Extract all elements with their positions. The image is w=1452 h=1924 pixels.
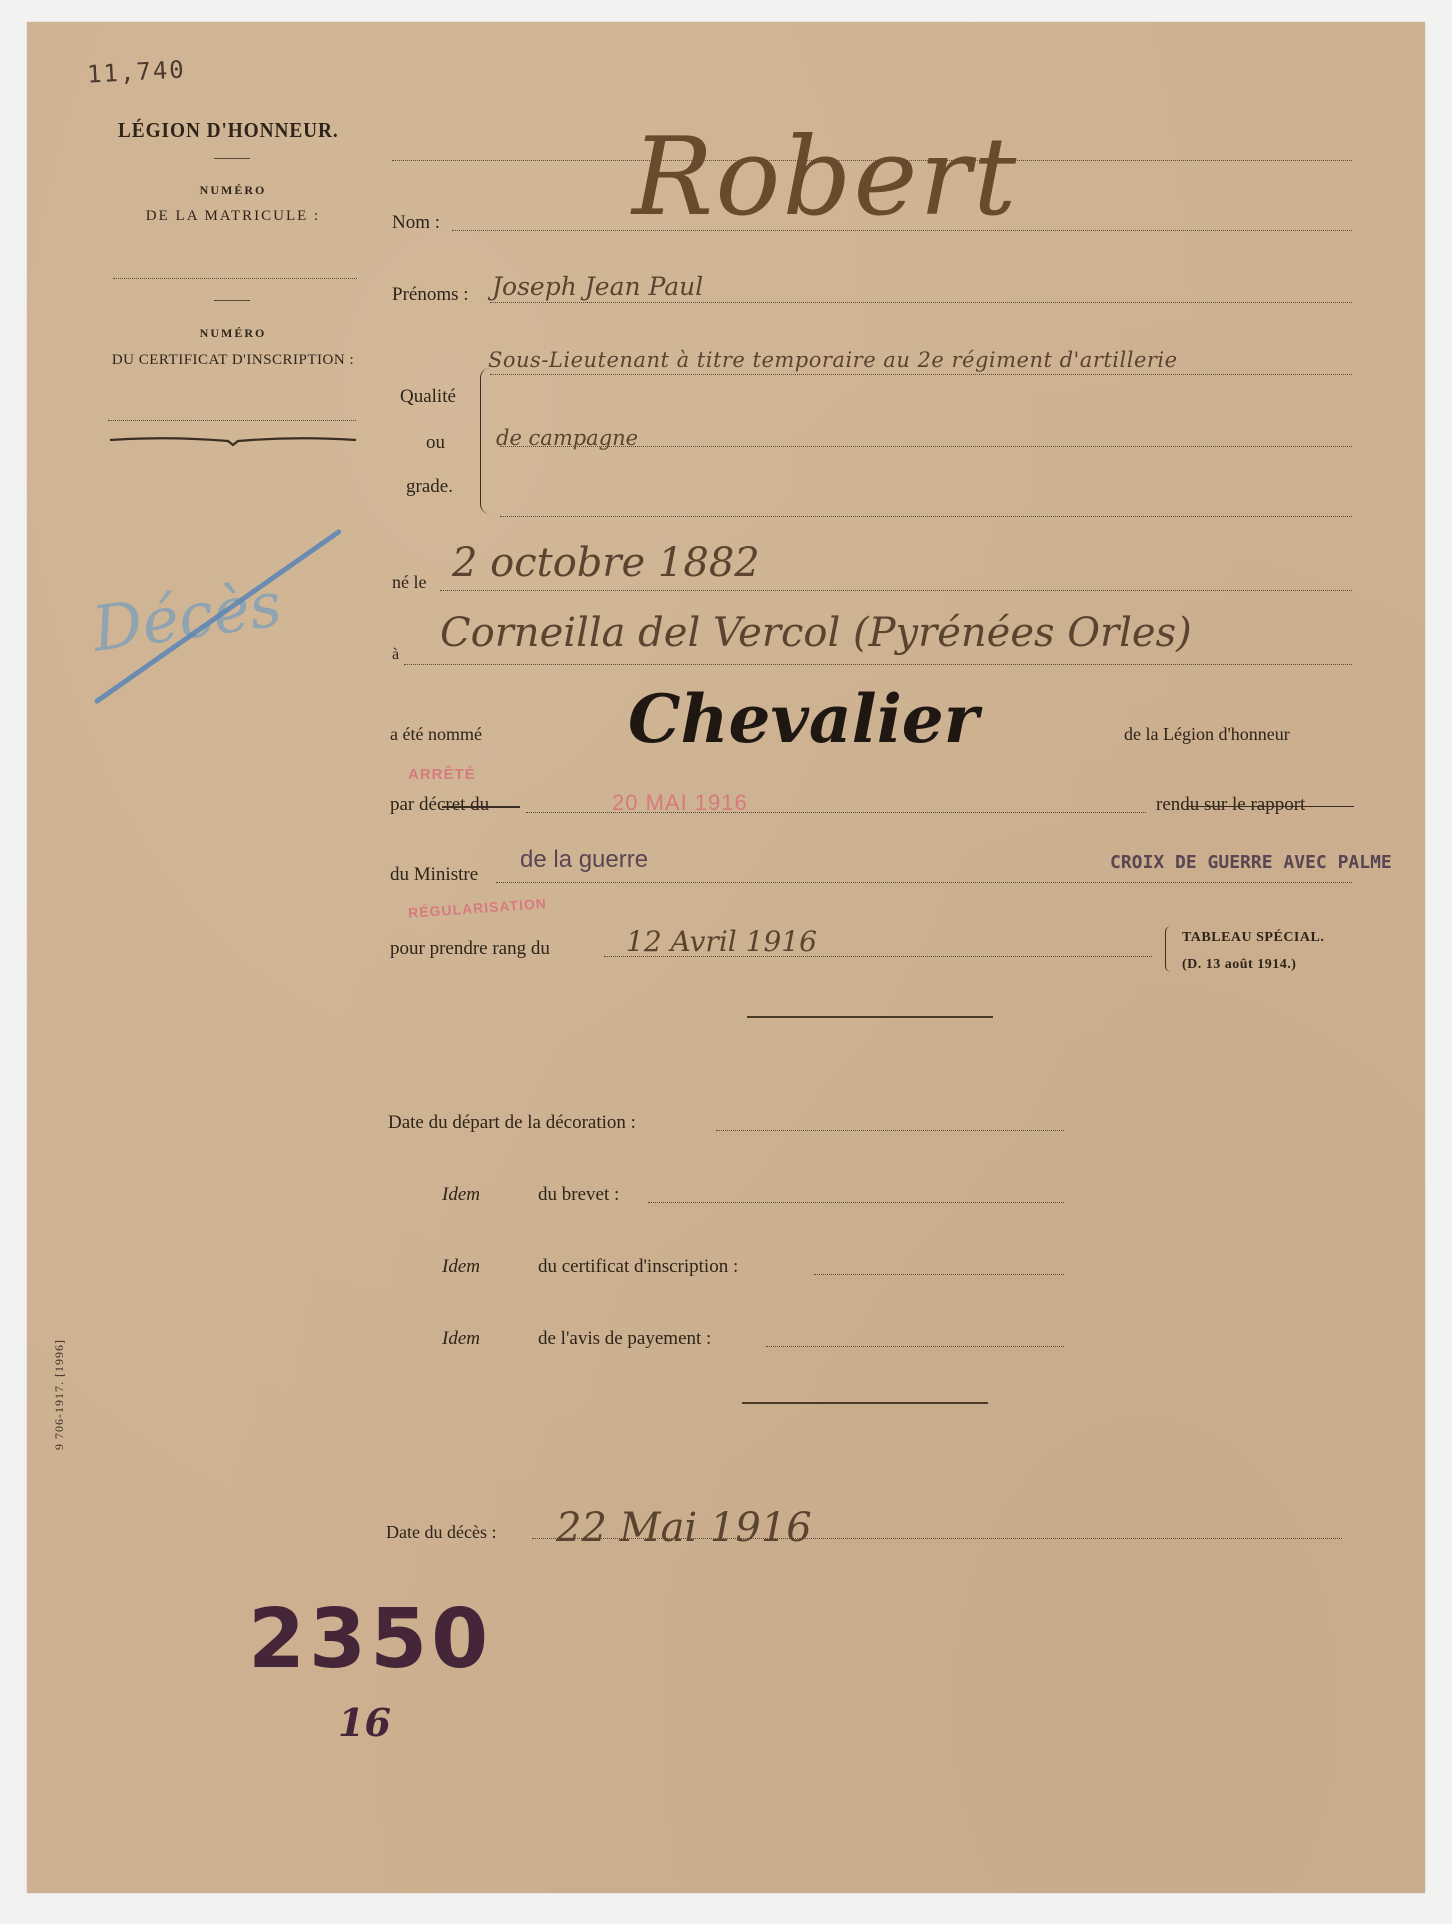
lieu-value[interactable]: Corneilla del Vercol (Pyrénées Orles) (440, 610, 1192, 656)
brevet-field[interactable] (648, 1202, 1064, 1203)
prenoms-value[interactable]: Joseph Jean Paul (492, 272, 703, 301)
tableau-brace (1165, 926, 1172, 972)
print-footer: 9 706-1917. [1996] (52, 1339, 67, 1450)
ne-le-field[interactable] (440, 590, 1352, 591)
stamp-decret-date: 20 MAI 1916 (612, 790, 748, 816)
idem-brevet: Idem (442, 1184, 480, 1206)
lieu-label: à (392, 646, 399, 664)
matricule-label: DE LA MATRICULE : (113, 208, 353, 225)
certificat-field[interactable] (108, 420, 356, 421)
ministre-field[interactable] (496, 882, 1352, 883)
decret-label: par décret du (390, 794, 489, 816)
avis-payement-field[interactable] (766, 1346, 1064, 1347)
ne-le-label: né le (392, 572, 426, 593)
tableau-line1: TABLEAU SPÉCIAL. (1182, 924, 1324, 951)
tableau-line2: (D. 13 août 1914.) (1182, 951, 1324, 978)
ne-le-value[interactable]: 2 octobre 1882 (452, 540, 760, 586)
nom-label: Nom : (392, 212, 440, 234)
grade-label: grade. (406, 476, 453, 498)
nom-field[interactable] (452, 230, 1352, 231)
rapport-strikethrough (1186, 806, 1354, 807)
ornamental-rule (108, 434, 358, 448)
ministre-label: du Ministre (390, 864, 478, 886)
certificat-label: DU CERTIFICAT D'INSCRIPTION : (103, 352, 363, 369)
section-divider (742, 1402, 988, 1404)
rapport-label: rendu sur le rapport (1156, 794, 1305, 816)
qualite-brace (480, 368, 491, 514)
rang-field[interactable] (604, 956, 1152, 957)
prenoms-label: Prénoms : (392, 284, 469, 306)
certificat-label-top: NUMÉRO (133, 326, 333, 341)
nomme-label: a été nommé (390, 724, 482, 745)
matricule-label-top: NUMÉRO (133, 183, 333, 198)
ministre-value[interactable]: de la guerre (520, 846, 648, 874)
idem-certificat: Idem (442, 1256, 480, 1278)
tableau-special: TABLEAU SPÉCIAL. (D. 13 août 1914.) (1182, 924, 1324, 978)
archive-stamp-number: 2350 (248, 1592, 492, 1687)
rang-label: pour prendre rang du (390, 938, 550, 960)
depart-decoration-label: Date du départ de la décoration : (388, 1112, 636, 1134)
idem-avis: Idem (442, 1328, 480, 1350)
certificat-inscription-field[interactable] (814, 1274, 1064, 1275)
deces-field[interactable] (532, 1538, 1342, 1539)
brevet-label: du brevet : (538, 1184, 619, 1206)
prenoms-field[interactable] (490, 302, 1352, 303)
matricule-field[interactable] (113, 278, 357, 279)
stamp-croix-de-guerre: CROIX DE GUERRE AVEC PALME (1110, 852, 1392, 873)
reference-number: 11,740 (86, 55, 186, 88)
depart-decoration-field[interactable] (716, 1130, 1064, 1131)
deces-value[interactable]: 22 Mai 1916 (556, 1505, 812, 1551)
deces-label: Date du décès : (386, 1522, 496, 1543)
divider (214, 300, 250, 301)
divider (214, 158, 250, 159)
grade-chevalier: Chevalier (628, 680, 979, 758)
qualite-field-2[interactable] (500, 446, 1352, 447)
nom-value[interactable]: Robert (632, 115, 1018, 240)
qualite-field-1[interactable] (490, 374, 1352, 375)
certificat-inscription-label: du certificat d'inscription : (538, 1256, 738, 1278)
lieu-field[interactable] (404, 664, 1352, 665)
stamp-arrete: ARRÊTÉ (408, 766, 476, 783)
document-header-title: LÉGION D'HONNEUR. (118, 118, 339, 143)
qualite-field-3[interactable] (500, 516, 1352, 517)
legion-suffix: de la Légion d'honneur (1124, 724, 1290, 745)
qualite-label: Qualité (400, 386, 456, 408)
archive-stamp-sub: 16 (338, 1700, 391, 1745)
rang-value[interactable]: 12 Avril 1916 (626, 925, 817, 958)
qualite-value-line1[interactable]: Sous-Lieutenant à titre temporaire au 2e… (488, 348, 1178, 372)
section-divider (747, 1016, 993, 1018)
decret-strikethrough (442, 806, 520, 808)
avis-payement-label: de l'avis de payement : (538, 1328, 711, 1350)
ou-label: ou (426, 432, 445, 454)
